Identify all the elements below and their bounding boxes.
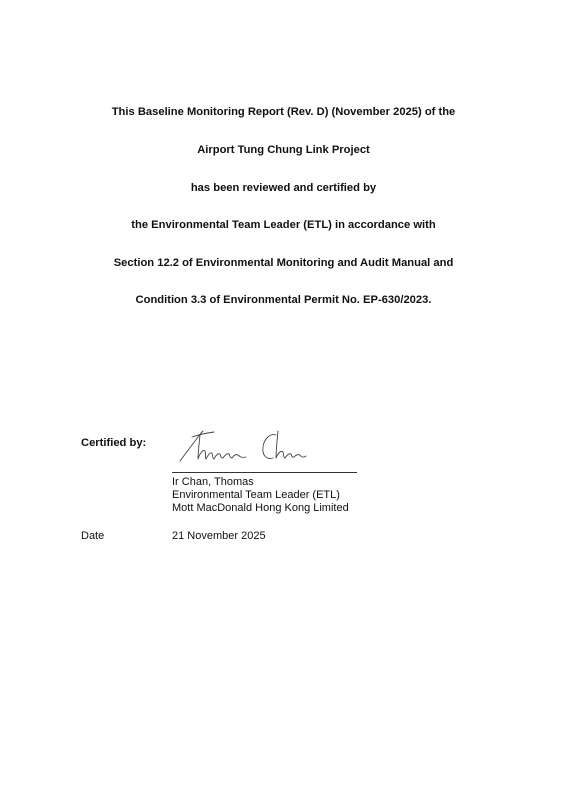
date-value: 21 November 2025 bbox=[172, 530, 266, 543]
signature-line bbox=[172, 472, 357, 473]
signatory-company: Mott MacDonald Hong Kong Limited bbox=[172, 502, 349, 515]
project-name: Airport Tung Chung Link Project bbox=[0, 143, 567, 157]
statement-line: Condition 3.3 of Environmental Permit No… bbox=[0, 293, 567, 307]
signatory-name: Ir Chan, Thomas bbox=[172, 476, 254, 489]
date-label: Date bbox=[81, 530, 104, 543]
signatory-title: Environmental Team Leader (ETL) bbox=[172, 489, 340, 502]
statement-line: has been reviewed and certified by bbox=[0, 181, 567, 195]
signature-image bbox=[178, 425, 308, 469]
certified-by-label: Certified by: bbox=[81, 436, 146, 450]
statement-line: the Environmental Team Leader (ETL) in a… bbox=[0, 218, 567, 232]
statement-line: Section 12.2 of Environmental Monitoring… bbox=[0, 256, 567, 270]
statement-line: This Baseline Monitoring Report (Rev. D)… bbox=[0, 105, 567, 119]
